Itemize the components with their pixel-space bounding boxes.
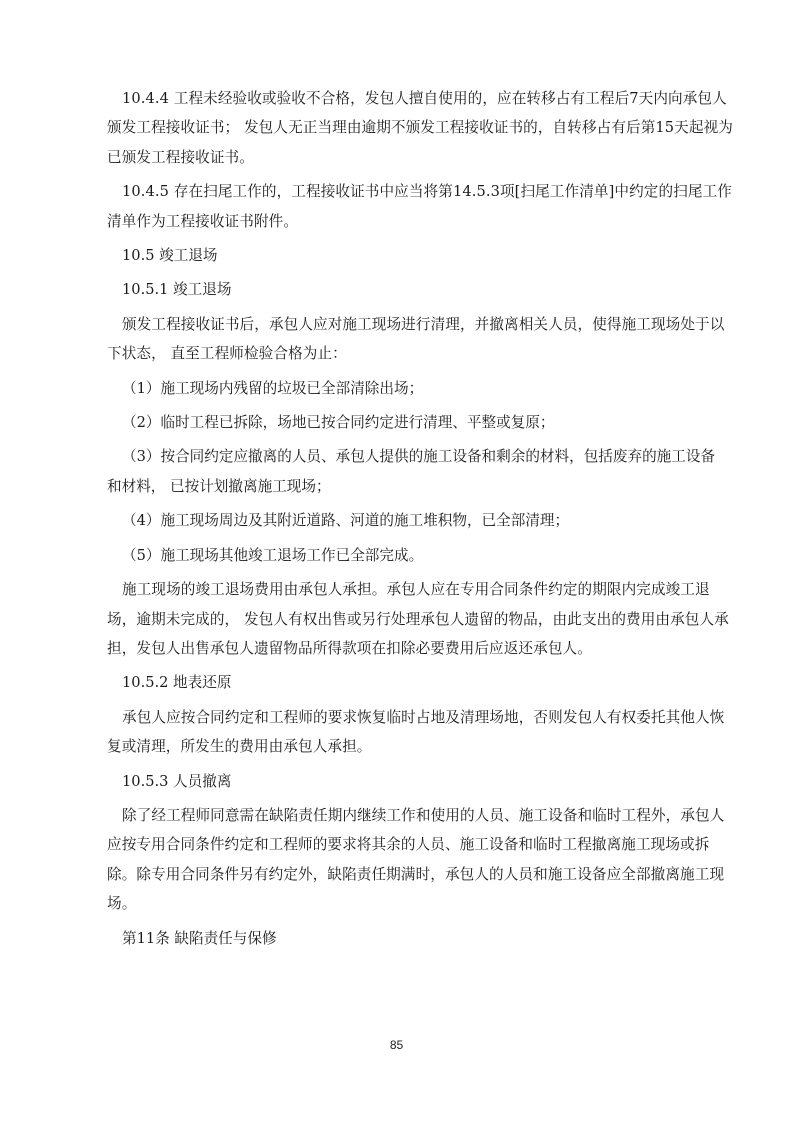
list-text: 临时工程已拆除，场地已按合同约定进行清理、平整或复原；	[160, 414, 554, 431]
list-item-1: （1）施工现场内残留的垃圾已全部清除出场；	[107, 374, 719, 403]
section-heading-10-5-1: 10.5.1 竣工退场	[107, 275, 719, 304]
list-text: 施工现场周边及其附近道路、河道的施工堆积物，已全部清理；	[160, 512, 569, 529]
paragraph-10-5-1-intro: 颁发工程接收证书后，承包人应对施工现场进行清理，并撤离相关人员，使得施工现场处于…	[107, 310, 719, 369]
section-heading-10-5-3: 10.5.3 人员撤离	[107, 767, 719, 796]
text-line: 和材料， 已按计划撤离施工现场；	[107, 472, 719, 501]
text-line: 颁发工程接收证书后，承包人应对施工现场进行清理，并撤离相关人员，使得施工现场处于…	[107, 310, 719, 339]
document-page: 10.4.4 工程未经验收或验收不合格，发包人擅自使用的，应在转移占有工程后7天…	[107, 84, 719, 958]
paragraph-10-4-5: 10.4.5 存在扫尾工作的，工程接收证书中应当将第14.5.3项[扫尾工作清单…	[107, 177, 719, 236]
list-number: （3）	[122, 442, 160, 471]
list-number: （4）	[122, 506, 160, 535]
text-line: 清单作为工程接收证书附件。	[107, 207, 719, 236]
text-line: 应按专用合同条件约定和工程师的要求将其余的人员、施工设备和临时工程撤离施工现场或…	[107, 830, 719, 859]
list-number: （2）	[122, 408, 160, 437]
section-heading-10-5: 10.5 竣工退场	[107, 241, 719, 270]
text-line: 10.4.5 存在扫尾工作的，工程接收证书中应当将第14.5.3项[扫尾工作清单…	[107, 177, 719, 206]
text-line: 10.4.4 工程未经验收或验收不合格，发包人擅自使用的，应在转移占有工程后7天…	[107, 84, 719, 113]
list-text: 施工现场其他竣工退场工作已全部完成。	[160, 547, 423, 564]
list-number: （5）	[122, 541, 160, 570]
text-line: 除。除专用合同条件另有约定外，缺陷责任期满时，承包人的人员和施工设备应全部撤离施…	[107, 860, 719, 889]
paragraph-10-4-4: 10.4.4 工程未经验收或验收不合格，发包人擅自使用的，应在转移占有工程后7天…	[107, 84, 719, 172]
text-line: 下状态， 直至工程师检验合格为止：	[107, 339, 719, 368]
text-line: 已颁发工程接收证书。	[107, 143, 719, 172]
list-item-4: （4）施工现场周边及其附近道路、河道的施工堆积物，已全部清理；	[107, 506, 719, 535]
text-line: （3）按合同约定应撤离的人员、承包人提供的施工设备和剩余的材料，包括废弃的施工设…	[107, 442, 719, 471]
list-number: （1）	[122, 374, 160, 403]
list-item-5: （5）施工现场其他竣工退场工作已全部完成。	[107, 541, 719, 570]
list-text: 施工现场内残留的垃圾已全部清除出场；	[160, 380, 423, 397]
text-line: 颁发工程接收证书； 发包人无正当理由逾期不颁发工程接收证书的，自转移占有后第15…	[107, 113, 719, 142]
text-line: 场。	[107, 889, 719, 918]
paragraph-10-5-3: 除了经工程师同意需在缺陷责任期内继续工作和使用的人员、施工设备和临时工程外，承包…	[107, 801, 719, 919]
paragraph-exit-costs: 施工现场的竣工退场费用由承包人承担。承包人应在专用合同条件约定的期限内完成竣工退…	[107, 575, 719, 663]
text-line: 承包人应按合同约定和工程师的要求恢复临时占地及清理场地，否则发包人有权委托其他人…	[107, 703, 719, 732]
page-number: 85	[0, 1038, 793, 1052]
text-line: 施工现场的竣工退场费用由承包人承担。承包人应在专用合同条件约定的期限内完成竣工退	[107, 575, 719, 604]
paragraph-10-5-2: 承包人应按合同约定和工程师的要求恢复临时占地及清理场地，否则发包人有权委托其他人…	[107, 703, 719, 762]
text-line: 除了经工程师同意需在缺陷责任期内继续工作和使用的人员、施工设备和临时工程外，承包…	[107, 801, 719, 830]
article-heading-11: 第11条 缺陷责任与保修	[107, 924, 719, 953]
text-line: 担，发包人出售承包人遗留物品所得款项在扣除必要费用后应返还承包人。	[107, 634, 719, 663]
list-item-2: （2）临时工程已拆除，场地已按合同约定进行清理、平整或复原；	[107, 408, 719, 437]
section-heading-10-5-2: 10.5.2 地表还原	[107, 668, 719, 697]
text-line: 复或清理，所发生的费用由承包人承担。	[107, 732, 719, 761]
list-text: 按合同约定应撤离的人员、承包人提供的施工设备和剩余的材料，包括废弃的施工设备	[160, 448, 715, 465]
text-line: 场，逾期未完成的， 发包人有权出售或另行处理承包人遗留的物品，由此支出的费用由承…	[107, 605, 719, 634]
list-item-3: （3）按合同约定应撤离的人员、承包人提供的施工设备和剩余的材料，包括废弃的施工设…	[107, 442, 719, 501]
